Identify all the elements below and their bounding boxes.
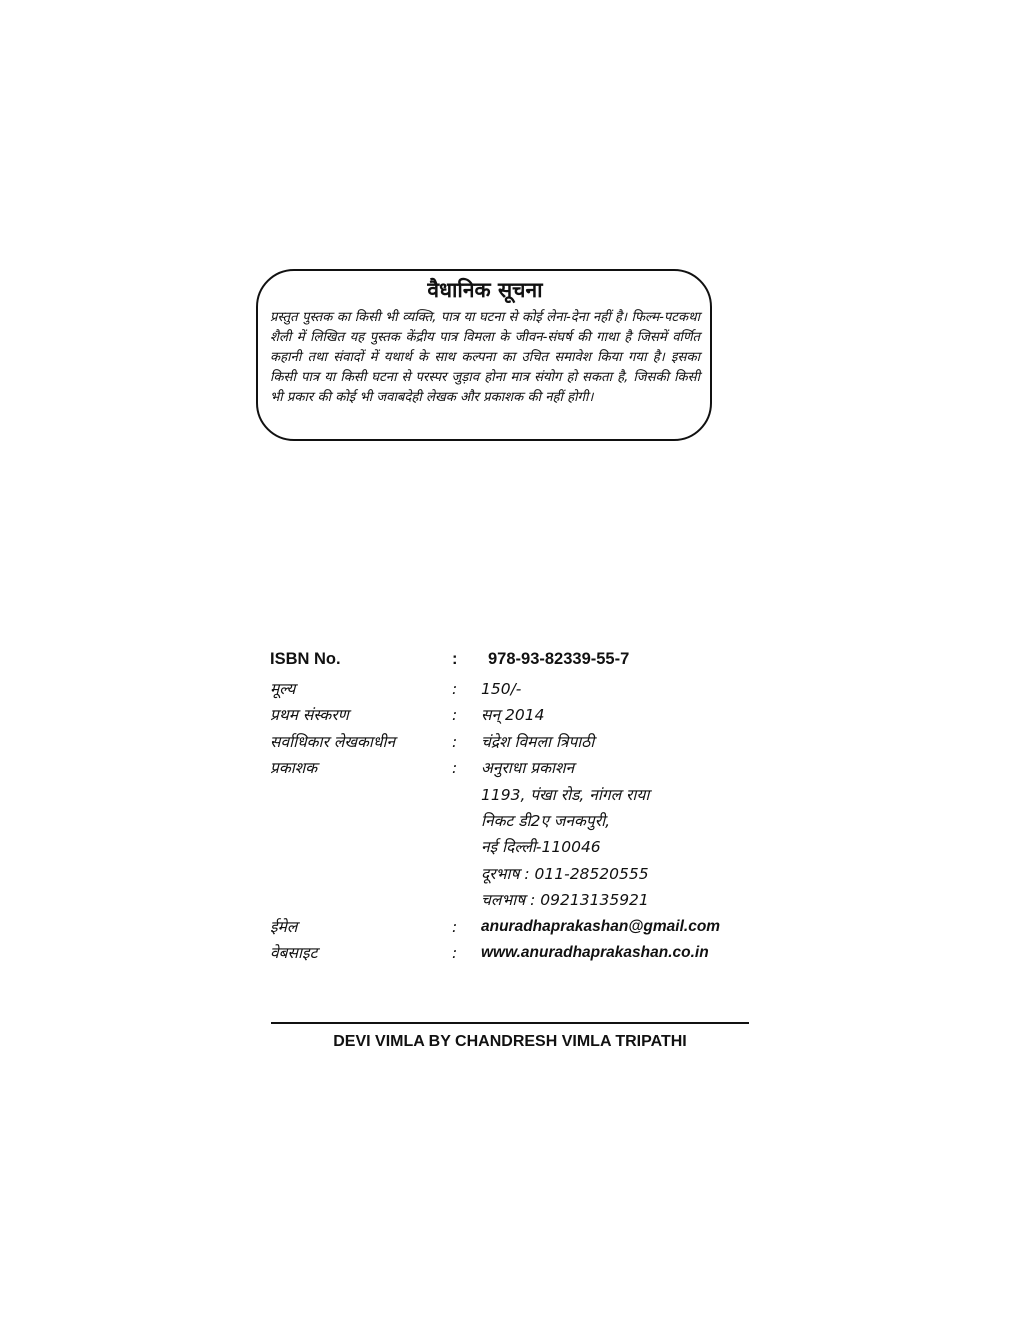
- separator: :: [452, 914, 457, 940]
- edition-value: सन् 2014: [481, 702, 544, 728]
- publisher-address-2: निकट डी2ए जनकपुरी,: [481, 808, 610, 834]
- separator: :: [452, 702, 457, 728]
- isbn-label: ISBN No.: [270, 646, 445, 672]
- footer-divider: [271, 1022, 749, 1024]
- separator: :: [452, 940, 457, 966]
- edition-label: प्रथम संस्करण: [270, 702, 445, 728]
- publisher-address-3: नई दिल्ली-110046: [481, 834, 601, 860]
- separator: :: [452, 729, 457, 755]
- publisher-phone: दूरभाष : 011-28520555: [481, 861, 649, 887]
- legal-notice-title: वैधानिक सूचना: [270, 277, 700, 303]
- price-value: 150/-: [481, 676, 521, 702]
- publisher-mobile: चलभाष : 09213135921: [481, 887, 649, 913]
- copyright-value: चंद्रेश विमला त्रिपाठी: [481, 729, 594, 755]
- publisher-label: प्रकाशक: [270, 755, 445, 781]
- isbn-value: 978-93-82339-55-7: [488, 646, 629, 672]
- separator: :: [452, 755, 457, 781]
- legal-notice-body: प्रस्तुत पुस्तक का किसी भी व्यक्ति, पात्…: [270, 308, 700, 408]
- book-title-footer: DEVI VIMLA BY CHANDRESH VIMLA TRIPATHI: [271, 1033, 749, 1051]
- publisher-name: अनुराधा प्रकाशन: [481, 755, 574, 781]
- legal-notice-box: वैधानिक सूचना प्रस्तुत पुस्तक का किसी भी…: [256, 269, 712, 441]
- copyright-label: सर्वाधिकार लेखकाधीन: [270, 729, 445, 755]
- separator: :: [452, 646, 458, 672]
- email-value: anuradhaprakashan@gmail.com: [481, 914, 720, 940]
- publisher-address-1: 1193, पंखा रोड, नांगल राया: [481, 782, 649, 808]
- email-label: ईमेल: [270, 914, 445, 940]
- separator: :: [452, 676, 457, 702]
- website-value: www.anuradhaprakashan.co.in: [481, 940, 709, 966]
- website-label: वेबसाइट: [270, 940, 445, 966]
- price-label: मूल्य: [270, 676, 445, 702]
